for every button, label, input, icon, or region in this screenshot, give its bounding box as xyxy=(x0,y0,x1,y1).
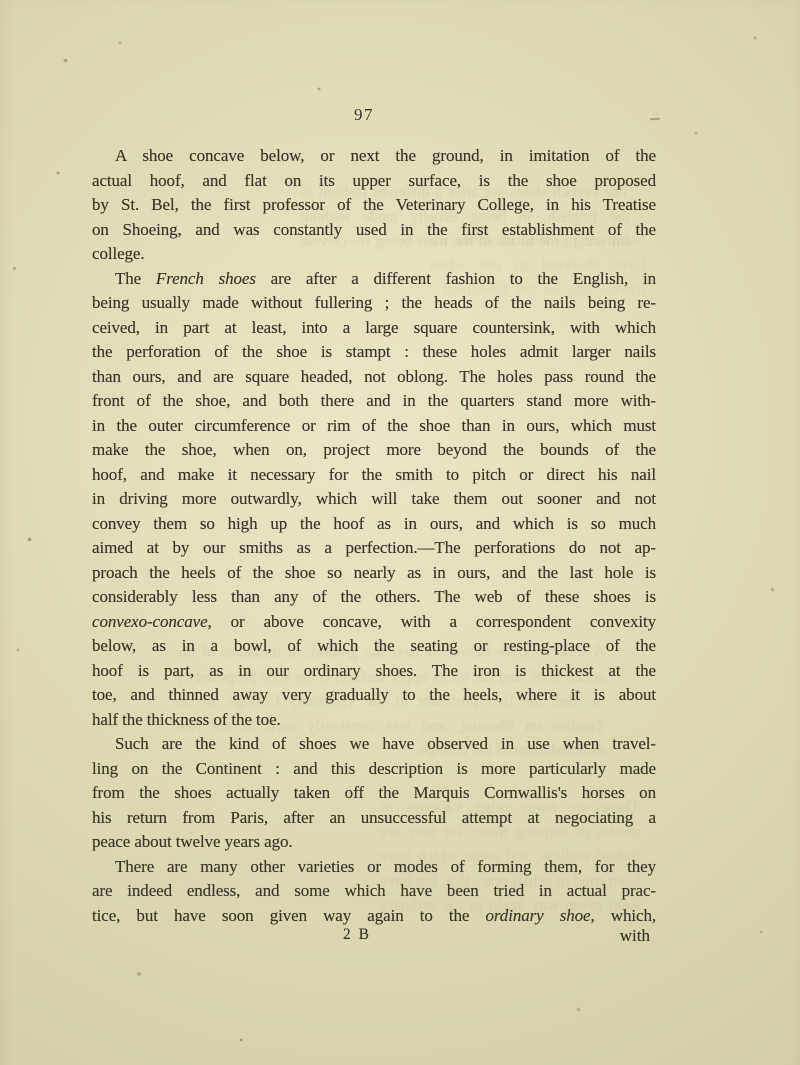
text-line: in driving more outwardly, which will ta… xyxy=(92,487,656,512)
foxing-speck xyxy=(118,41,122,45)
text-line: toe, and thinned away very gradually to … xyxy=(92,683,656,708)
text-line: in the outer circumference or rim of the… xyxy=(92,414,656,439)
foxing-speck xyxy=(576,1007,581,1012)
foxing-speck xyxy=(136,971,142,977)
text-line: convexo-concave, or above concave, with … xyxy=(92,610,656,635)
text-line: hoof is part, as in our ordinary shoes. … xyxy=(92,659,656,684)
foxing-speck xyxy=(239,1038,243,1042)
text-line: than ours, and are square headed, not ob… xyxy=(92,365,656,390)
paragraph: There are many other varieties or modes … xyxy=(92,855,656,929)
paragraph: Such are the kind of shoes we have obser… xyxy=(92,732,656,855)
text-line: the perforation of the shoe is stampt : … xyxy=(92,340,656,365)
text-line: college. xyxy=(92,242,656,267)
page-number: 97 xyxy=(82,105,646,125)
text-line: hoof, and make it necessary for the smit… xyxy=(92,463,656,488)
catchword: with xyxy=(620,926,650,946)
foxing-speck xyxy=(12,266,17,271)
foxing-speck xyxy=(694,131,698,135)
italic-phrase: convexo-concave, xyxy=(92,612,212,631)
foxing-speck xyxy=(753,36,757,40)
text-line: his return from Paris, after an unsucces… xyxy=(92,806,656,831)
text-line: convey them so high up the hoof as in ou… xyxy=(92,512,656,537)
text-line: proach the heels of the shoe so nearly a… xyxy=(92,561,656,586)
text-block: A shoe concave below, or next the ground… xyxy=(92,144,656,928)
foxing-speck xyxy=(56,171,60,175)
text-line: being usually made without fullering ; t… xyxy=(92,291,656,316)
text-line: tice, but have soon given way again to t… xyxy=(92,904,656,929)
foxing-speck xyxy=(770,587,775,592)
paragraph: A shoe concave below, or next the ground… xyxy=(92,144,656,267)
text-line: There are many other varieties or modes … xyxy=(92,855,656,880)
foxing-speck xyxy=(759,930,763,934)
foxing-speck xyxy=(27,537,32,542)
text-line: from the shoes actually taken off the Ma… xyxy=(92,781,656,806)
text-line: are indeed endless, and some which have … xyxy=(92,879,656,904)
book-page: The French shoes are after a different f… xyxy=(0,0,800,1065)
text-line: considerably less than any of the others… xyxy=(92,585,656,610)
foxing-speck xyxy=(63,58,68,63)
text-line: ling on the Continent : and this descrip… xyxy=(92,757,656,782)
italic-phrase: French shoes xyxy=(156,269,256,288)
text-line: front of the shoe, and both there and in… xyxy=(92,389,656,414)
text-line: peace about twelve years ago. xyxy=(92,830,656,855)
pen-mark xyxy=(650,118,660,121)
text-line: Such are the kind of shoes we have obser… xyxy=(92,732,656,757)
signature-mark: 2 B xyxy=(75,926,639,944)
text-line: A shoe concave below, or next the ground… xyxy=(92,144,656,169)
italic-phrase: ordinary shoe xyxy=(486,906,591,925)
text-line: half the thickness of the toe. xyxy=(92,708,656,733)
text-line: aimed at by our smiths as a perfection.—… xyxy=(92,536,656,561)
footer-row: 2 B with xyxy=(92,926,656,951)
paragraph: The French shoes are after a different f… xyxy=(92,267,656,733)
foxing-speck xyxy=(16,648,20,652)
text-line: make the shoe, when on, project more bey… xyxy=(92,438,656,463)
text-line: actual hoof, and flat on its upper surfa… xyxy=(92,169,656,194)
text-line: The French shoes are after a different f… xyxy=(92,267,656,292)
text-line: by St. Bel, the first professor of the V… xyxy=(92,193,656,218)
text-line: below, as in a bowl, of which the seatin… xyxy=(92,634,656,659)
text-line: ceived, in part at least, into a large s… xyxy=(92,316,656,341)
foxing-speck xyxy=(317,87,321,91)
text-line: on Shoeing, and was constantly used in t… xyxy=(92,218,656,243)
